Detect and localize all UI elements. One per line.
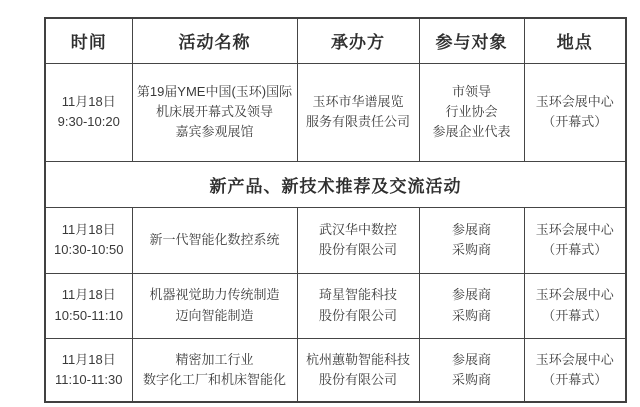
table-row: 11月18日 9:30-10:20 第19届YME中国(玉环)国际 机床展开幕式… — [45, 63, 626, 161]
cell-activity: 第19届YME中国(玉环)国际 机床展开幕式及领导 嘉宾参观展馆 — [132, 63, 297, 161]
cell-location: 玉环会展中心 （开幕式） — [524, 207, 626, 273]
cell-time: 11月18日 9:30-10:20 — [45, 63, 132, 161]
col-header-location: 地点 — [524, 18, 626, 63]
col-header-organizer: 承办方 — [297, 18, 419, 63]
table-row: 11月18日 10:30-10:50 新一代智能化数控系统 武汉华中数控 股份有… — [45, 207, 626, 273]
cell-organizer: 武汉华中数控 股份有限公司 — [297, 207, 419, 273]
table-row: 11月18日 11:10-11:30 精密加工行业 数字化工厂和机床智能化 杭州… — [45, 338, 626, 402]
table-header-row: 时间 活动名称 承办方 参与对象 地点 — [45, 18, 626, 63]
cell-time: 11月18日 10:50-11:10 — [45, 273, 132, 338]
cell-location: 玉环会展中心 （开幕式） — [524, 63, 626, 161]
page-background: 时间 活动名称 承办方 参与对象 地点 11月18日 9:30-10:20 第1… — [0, 0, 640, 407]
cell-participants: 市领导 行业协会 参展企业代表 — [419, 63, 524, 161]
cell-location: 玉环会展中心 （开幕式） — [524, 273, 626, 338]
cell-time: 11月18日 10:30-10:50 — [45, 207, 132, 273]
cell-participants: 参展商 采购商 — [419, 338, 524, 402]
event-schedule-table: 时间 活动名称 承办方 参与对象 地点 11月18日 9:30-10:20 第1… — [44, 17, 627, 403]
cell-participants: 参展商 采购商 — [419, 273, 524, 338]
col-header-time: 时间 — [45, 18, 132, 63]
cell-activity: 精密加工行业 数字化工厂和机床智能化 — [132, 338, 297, 402]
table-row: 11月18日 10:50-11:10 机器视觉助力传统制造 迈向智能制造 琦星智… — [45, 273, 626, 338]
cell-organizer: 玉环市华谱展览 服务有限责任公司 — [297, 63, 419, 161]
cell-time: 11月18日 11:10-11:30 — [45, 338, 132, 402]
cell-organizer: 杭州蕙勒智能科技 股份有限公司 — [297, 338, 419, 402]
cell-participants: 参展商 采购商 — [419, 207, 524, 273]
cell-activity: 机器视觉助力传统制造 迈向智能制造 — [132, 273, 297, 338]
col-header-participants: 参与对象 — [419, 18, 524, 63]
cell-activity: 新一代智能化数控系统 — [132, 207, 297, 273]
cell-location: 玉环会展中心 （开幕式） — [524, 338, 626, 402]
cell-organizer: 琦星智能科技 股份有限公司 — [297, 273, 419, 338]
col-header-activity: 活动名称 — [132, 18, 297, 63]
section-row: 新产品、新技术推荐及交流活动 — [45, 161, 626, 207]
section-title: 新产品、新技术推荐及交流活动 — [45, 161, 626, 207]
